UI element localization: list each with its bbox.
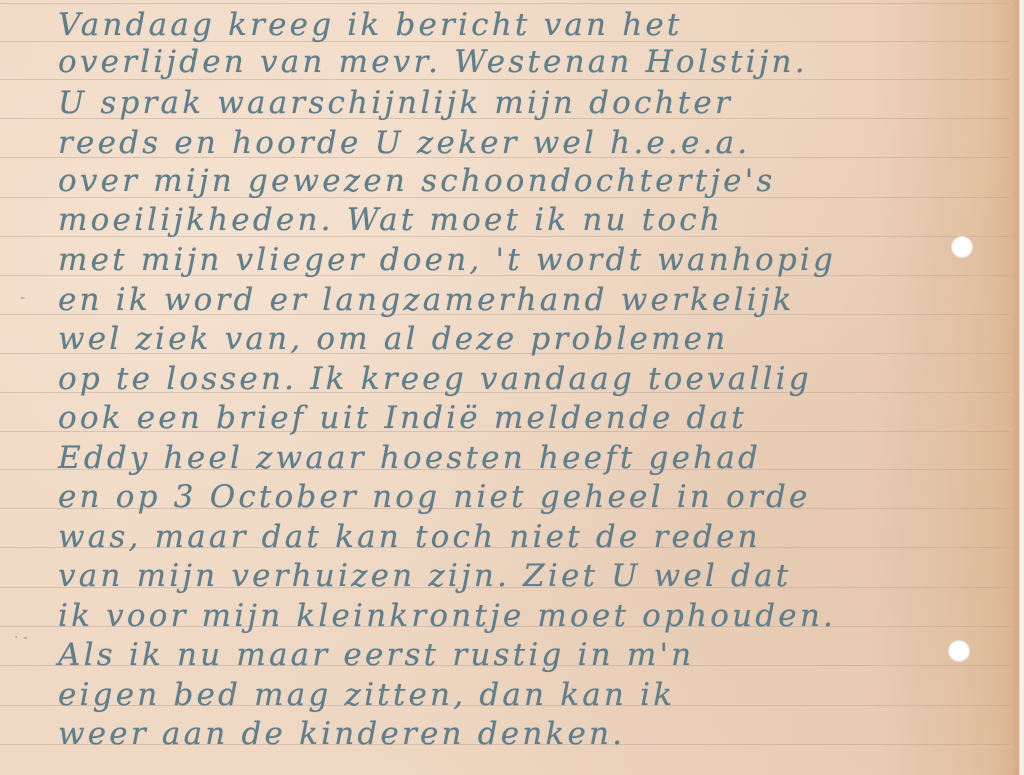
- letter-line: ik voor mijn kleinkrontje moet ophouden.: [58, 601, 836, 632]
- letter-line: reeds en hoorde U zeker wel h.e.e.a.: [58, 128, 750, 159]
- margin-dash: -: [20, 290, 25, 306]
- punch-hole: [951, 236, 973, 258]
- punch-hole: [948, 640, 970, 662]
- letter-body: Vandaag kreeg ik bericht van het overlij…: [0, 0, 1024, 775]
- letter-line: over mijn gewezen schoondochtertje's: [58, 166, 776, 197]
- letter-line: was, maar dat kan toch niet de reden: [58, 522, 761, 553]
- letter-line: ook een brief uit Indië meldende dat: [58, 403, 747, 434]
- margin-dash: · -: [14, 630, 28, 646]
- letter-line: weer aan de kinderen denken.: [58, 719, 625, 750]
- letter-line: met mijn vlieger doen, 't wordt wanhopig: [58, 245, 836, 276]
- letter-line: eigen bed mag zitten, dan kan ik: [58, 680, 675, 711]
- letter-line: Eddy heel zwaar hoesten heeft gehad: [58, 443, 761, 474]
- letter-line: van mijn verhuizen zijn. Ziet U wel dat: [58, 561, 791, 592]
- letter-line: U sprak waarschijnlijk mijn dochter: [58, 88, 733, 119]
- letter-line: wel ziek van, om al deze problemen: [58, 324, 728, 355]
- letter-line: Als ik nu maar eerst rustig in m'n: [58, 640, 694, 671]
- paper-edge: [1012, 0, 1024, 775]
- letter-line: en op 3 October nog niet geheel in orde: [58, 482, 811, 513]
- letter-line: Vandaag kreeg ik bericht van het: [58, 10, 683, 41]
- letter-line: moeilijkheden. Wat moet ik nu toch: [58, 205, 723, 236]
- letter-line: en ik word er langzamerhand werkelijk: [58, 285, 795, 316]
- letter-page: Vandaag kreeg ik bericht van het overlij…: [0, 0, 1024, 775]
- letter-line: op te lossen. Ik kreeg vandaag toevallig: [58, 364, 812, 395]
- letter-line: overlijden van mevr. Westenan Holstijn.: [58, 47, 808, 78]
